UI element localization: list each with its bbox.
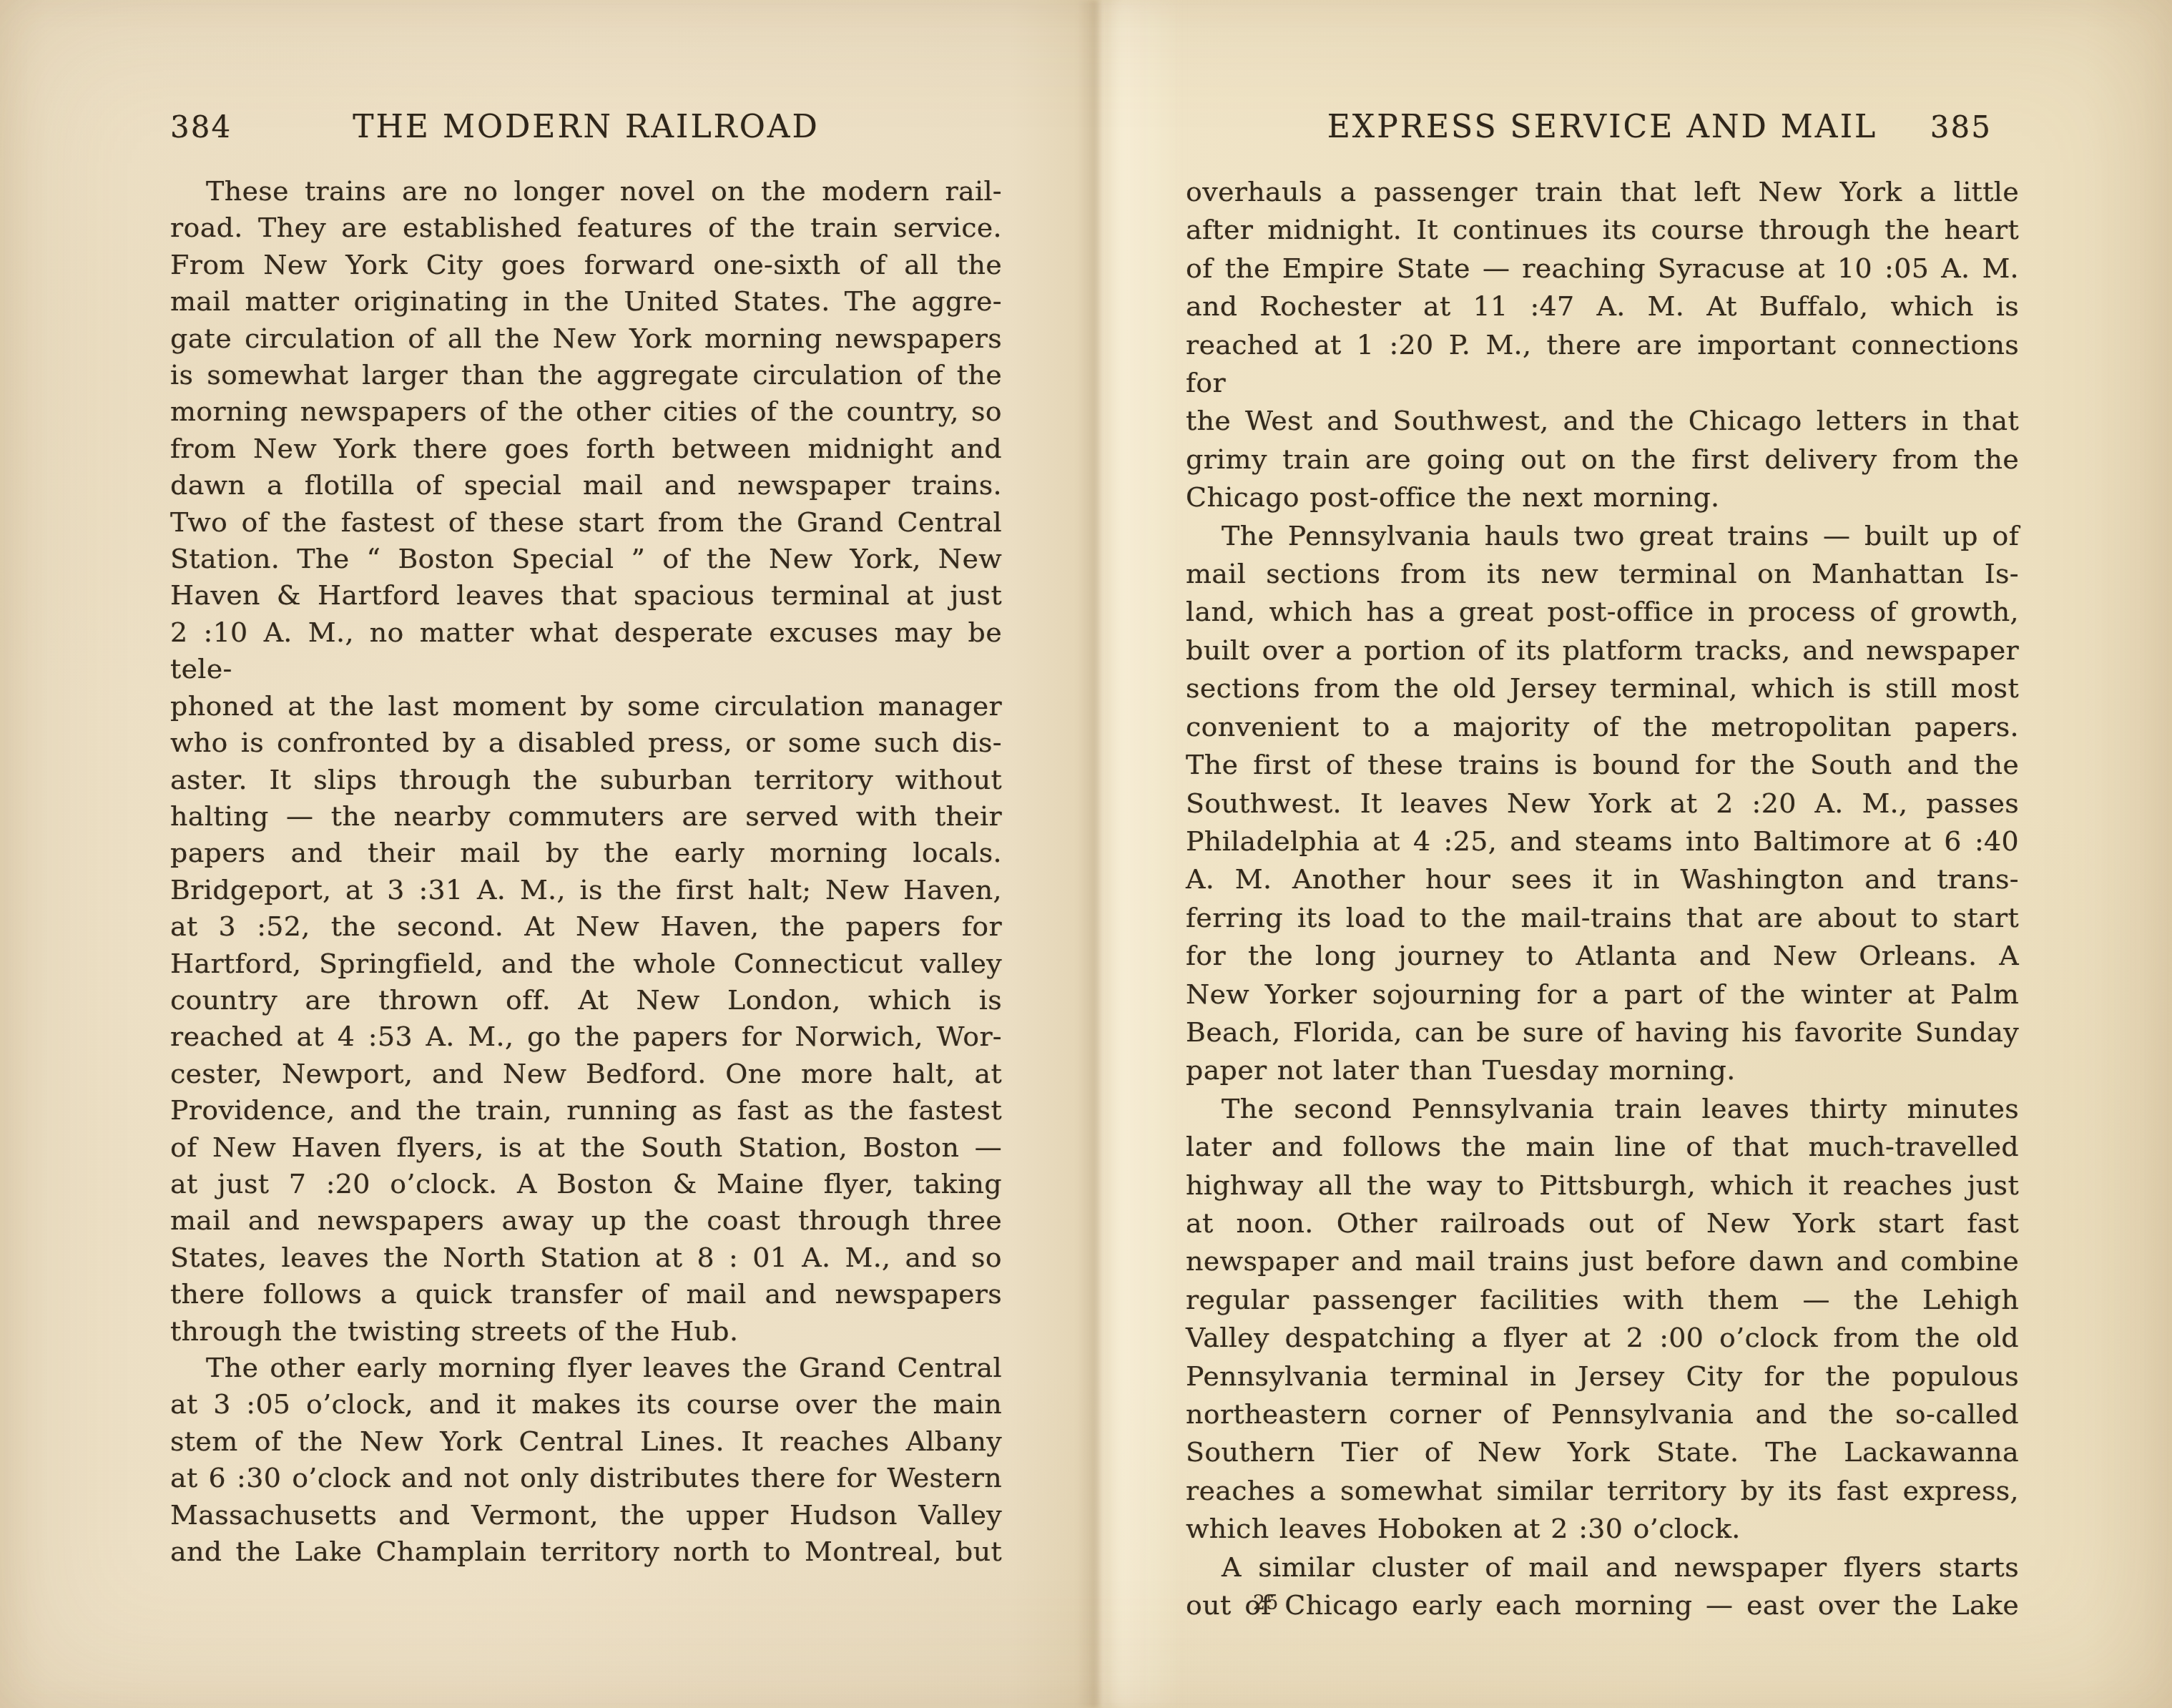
text-line: at noon. Other railroads out of New York… <box>1186 1204 2019 1242</box>
text-line: of the Empire State — reaching Syracuse … <box>1186 250 2019 288</box>
text-line: overhauls a passenger train that left Ne… <box>1186 173 2019 211</box>
text-line: regular passenger facilities with them —… <box>1186 1281 2019 1319</box>
right-running-head-row: EXPRESS SERVICE AND MAIL 385 <box>1186 109 2019 152</box>
text-line: The first of these trains is bound for t… <box>1186 746 2019 784</box>
text-line: Pennsylvania terminal in Jersey City for… <box>1186 1358 2019 1395</box>
text-line: Philadelphia at 4 :25, and steams into B… <box>1186 823 2019 860</box>
text-line: convenient to a majority of the metropol… <box>1186 708 2019 746</box>
text-line: the West and Southwest, and the Chicago … <box>1186 402 2019 440</box>
text-line: for the long journey to Atlanta and New … <box>1186 937 2019 975</box>
text-line: A. M. Another hour sees it in Washington… <box>1186 860 2019 898</box>
book-spread: 384 THE MODERN RAILROAD These trains are… <box>0 0 2172 1708</box>
text-line: New Yorker sojourning for a part of the … <box>1186 976 2019 1013</box>
right-page-number: 385 <box>1930 109 1992 144</box>
text-line: reached at 1 :20 P. M., there are import… <box>1186 326 2019 403</box>
right-page: EXPRESS SERVICE AND MAIL 385 overhauls a… <box>0 0 2172 1708</box>
text-line: reaches a somewhat similar territory by … <box>1186 1472 2019 1510</box>
text-line: ferring its load to the mail-trains that… <box>1186 899 2019 937</box>
text-line: newspaper and mail trains just before da… <box>1186 1242 2019 1280</box>
text-line: The Pennsylvania hauls two great trains … <box>1186 517 2019 555</box>
text-line: paper not later than Tuesday morning. <box>1186 1051 2019 1089</box>
text-line: Southwest. It leaves New York at 2 :20 A… <box>1186 785 2019 823</box>
text-line: northeastern corner of Pennsylvania and … <box>1186 1395 2019 1433</box>
text-line: Valley despatching a flyer at 2 :00 o’cl… <box>1186 1319 2019 1357</box>
right-running-head: EXPRESS SERVICE AND MAIL <box>1327 109 1878 145</box>
text-line: built over a portion of its platform tra… <box>1186 632 2019 669</box>
text-line: which leaves Hoboken at 2 :30 o’clock. <box>1186 1510 2019 1548</box>
text-line: mail sections from its new terminal on M… <box>1186 555 2019 593</box>
text-line: highway all the way to Pittsburgh, which… <box>1186 1167 2019 1204</box>
text-line: later and follows the main line of that … <box>1186 1128 2019 1166</box>
text-line: Beach, Florida, can be sure of having hi… <box>1186 1013 2019 1051</box>
signature-mark: 25 <box>1253 1592 1279 1614</box>
text-line: and Rochester at 11 :47 A. M. At Buffalo… <box>1186 288 2019 325</box>
text-line: The second Pennsylvania train leaves thi… <box>1186 1090 2019 1128</box>
text-line: sections from the old Jersey terminal, w… <box>1186 669 2019 707</box>
right-page-text: overhauls a passenger train that left Ne… <box>1186 173 2019 1624</box>
text-line: out of Chicago early each morning — east… <box>1186 1586 2019 1624</box>
text-line: grimy train are going out on the first d… <box>1186 441 2019 478</box>
text-line: land, which has a great post-office in p… <box>1186 593 2019 631</box>
text-line: A similar cluster of mail and newspaper … <box>1186 1549 2019 1586</box>
text-line: after midnight. It continues its course … <box>1186 211 2019 249</box>
text-line: Southern Tier of New York State. The Lac… <box>1186 1433 2019 1471</box>
text-line: Chicago post-office the next morning. <box>1186 478 2019 516</box>
